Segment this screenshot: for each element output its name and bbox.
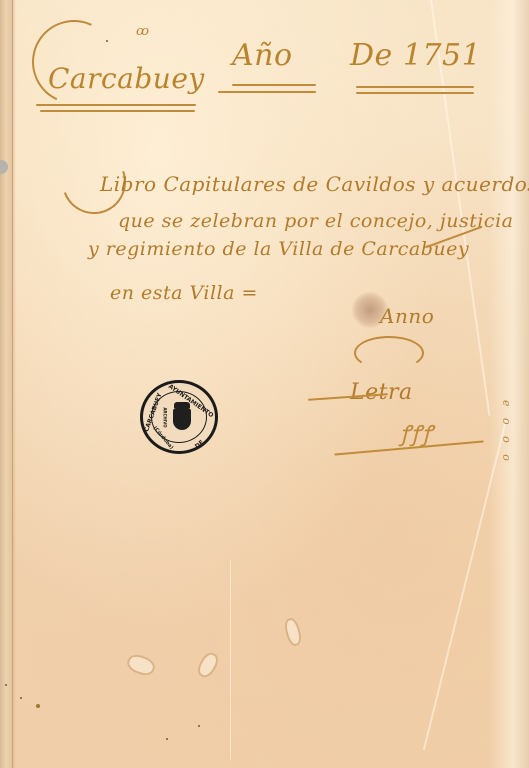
stamp-text-right: DE bbox=[194, 439, 205, 450]
title-line-2: que se zelebran por el concejo, justicia bbox=[118, 210, 513, 232]
paper-speck bbox=[166, 738, 168, 740]
header-place-underline-2 bbox=[40, 110, 195, 112]
right-page-edge bbox=[489, 0, 529, 768]
paper-speck bbox=[5, 684, 7, 686]
paper-speck bbox=[36, 704, 40, 708]
paste-mark bbox=[195, 650, 222, 681]
header-year-value-underline-2 bbox=[356, 92, 474, 94]
paper-crease bbox=[230, 560, 231, 760]
paste-mark bbox=[283, 617, 304, 648]
stamp-text-center: ARCHIVO bbox=[163, 407, 168, 427]
title-line-4: en esta Villa = bbox=[110, 282, 258, 304]
title-line-1: Libro Capitulares de Cavildos y acuerdos bbox=[100, 172, 529, 196]
binding-shadow bbox=[12, 0, 16, 768]
marginal-loop-flourish bbox=[354, 336, 424, 370]
marginal-note-line-1: Anno bbox=[380, 304, 434, 328]
stamp-coat-of-arms-icon bbox=[173, 408, 191, 430]
paper-speck bbox=[198, 725, 200, 727]
header-place: Carcabuey bbox=[48, 62, 205, 95]
title-line-3: y regimiento de la Villa de Carcabuey bbox=[88, 238, 469, 260]
marginal-note-line-2: Letra bbox=[350, 380, 413, 405]
folio-marks: e o o o bbox=[500, 400, 513, 465]
signature-rubric: ꝭꝭꝭ bbox=[400, 418, 433, 448]
header-year-value: De 1751 bbox=[350, 38, 481, 73]
header-year-label: Año bbox=[232, 38, 293, 73]
paste-mark bbox=[125, 652, 157, 678]
manuscript-page: Carcabuey ꝏ Año De 1751 Libro Capitulare… bbox=[0, 0, 529, 768]
header-year-label-underline-2 bbox=[218, 91, 316, 93]
header-place-underline bbox=[36, 104, 196, 106]
header-year-label-underline bbox=[232, 84, 316, 86]
header-year-value-underline bbox=[356, 86, 474, 88]
paper-speck bbox=[106, 40, 108, 42]
archive-stamp: AYUNTAMIENTO DE CARCABUEY (Córdoba) ARCH… bbox=[140, 380, 218, 454]
header-monogram: ꝏ bbox=[136, 24, 150, 39]
paper-speck bbox=[20, 697, 22, 699]
